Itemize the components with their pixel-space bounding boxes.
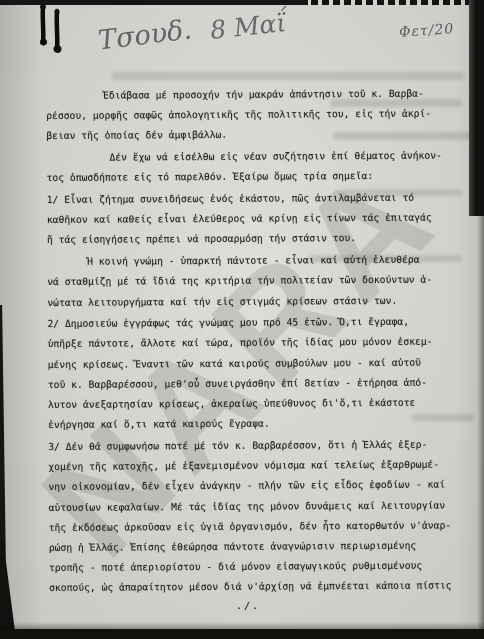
bleed-through-line [112,72,464,80]
text-line: ρώσῃ ἡ Ἑλλάς. Ἐπίσης ἐθεώρησα πάντοτε ἀν… [49,536,453,559]
text-line: τοῦ κ. Βαρβαρέσσου, μεθ'οὗ συνειργάσθην … [48,373,452,396]
text-line: 1/ Εἶναι ζήτημα συνειδήσεως ἑνός ἑκάστου… [47,189,451,212]
text-line: χομένη τῆς κατοχῆς, μέ ἐξανεμισμένον νόμ… [48,456,452,479]
continuation-mark: ./. [46,601,450,612]
handwritten-date-annotation: 8 Μαΐ [209,8,288,45]
paragraph: 2/ Δημοσιεύω ἐγγράφως τάς γνώμας μου πρό… [47,313,452,437]
text-line: ἐνήργησα καί ὅ,τι κατά καιρούς ἔγραψα. [48,414,452,437]
scan-edge-top-perforation [300,0,484,5]
scan-edge-right [469,0,484,216]
text-line: ρέσσου, μορφῆς σαφῶς ἀπολογητικῆς τῆς πο… [46,105,450,128]
text-line: ὑπῆρξε πάντοτε, ἄλλοτε καί τώρα, προϊόν … [48,333,452,356]
text-line: Ἐδιάβασα μέ προσοχήν τήν μακράν ἀπάντησι… [46,85,450,108]
text-line: αὐτουσίων κεφαλαίων. Μέ τάς ἰδίας της μό… [49,496,453,519]
scan-edge-bottom [0,629,484,639]
text-line: νά σταθμίζῃ μέ τά ἴδιά της κριτήρια τήν … [47,271,451,294]
handwritten-file-reference: Φετ/20 [399,21,455,41]
text-line: λυτον ἀνεξαρτησίαν κρίσεως, ἀκεραίως ὑπε… [48,394,452,417]
paragraph: Δέν ἔχω νά εἰσέλθω εἰς νέαν συζήτησιν ἐπ… [46,147,450,190]
paragraph: 1/ Εἶναι ζήτημα συνειδήσεως ἑνός ἑκάστου… [47,189,451,252]
text-line: τος ὁπωσδήποτε εἰς τό παρελθόν. Ἐξαίρω ὅ… [47,167,451,190]
text-line: νην οἰκονομίαν, δέν εἶχεν ἀνάγκην - πλήν… [48,476,452,499]
text-line: σκοπούς, ὡς ἀπαραίτητον μέσον διά ν'ἀρχί… [49,577,453,600]
binding-ink-marks-icon [24,0,80,62]
handwritten-author-annotation: Τσουδ. [96,14,193,56]
paragraph: Ἡ κοινή γνώμη - ὑπαρκτή πάντοτε - εἶναι … [47,251,451,314]
scan-edge-top [0,0,308,5]
paragraph: 3/ Δέν θά συμφωνήσω ποτέ μέ τόν κ. Βαρβα… [48,435,453,599]
text-line: Ἡ κοινή γνώμη - ὑπαρκτή πάντοτε - εἶναι … [47,251,451,274]
scanned-document-page: { "watermark": { "text": "NARA" }, "anno… [0,0,484,639]
text-line: νώτατα λειτουργήματα καί τήν εἰς στιγμάς… [47,291,451,314]
text-line: μένης κρίσεως. Ἔναντι τῶν κατά καιρούς σ… [48,353,452,376]
text-line: βειαν τῆς ὁποίας δέν ἀμφιβάλλω. [46,125,450,148]
paragraph: Ἐδιάβασα μέ προσοχήν τήν μακράν ἀπάντησι… [46,85,450,148]
text-line: ἤ τάς εἰσηγήσεις πρέπει νά προσαρμόσῃ τή… [47,229,451,252]
typewritten-text: Ἐδιάβασα μέ προσοχήν τήν μακράν ἀπάντησι… [46,85,453,602]
text-line: 3/ Δέν θά συμφωνήσω ποτέ μέ τόν κ. Βαρβα… [48,435,452,458]
text-line: καθῆκον καί καθείς εἶναι ἐλεύθερος νά κρ… [47,209,451,232]
text-line: τῆς ἐκδόσεως ἀρκοῦσαν εἰς ὑγιᾶ ὀργανισμό… [49,516,453,539]
text-line: 2/ Δημοσιεύω ἐγγράφως τάς γνώμας μου πρό… [47,313,451,336]
text-line: Δέν ἔχω νά εἰσέλθω εἰς νέαν συζήτησιν ἐπ… [46,147,450,170]
scan-edge-right-shadow [477,216,484,630]
text-line: τροπῆς - ποτέ ἀπεριορίστου - διά μόνον ε… [49,557,453,580]
